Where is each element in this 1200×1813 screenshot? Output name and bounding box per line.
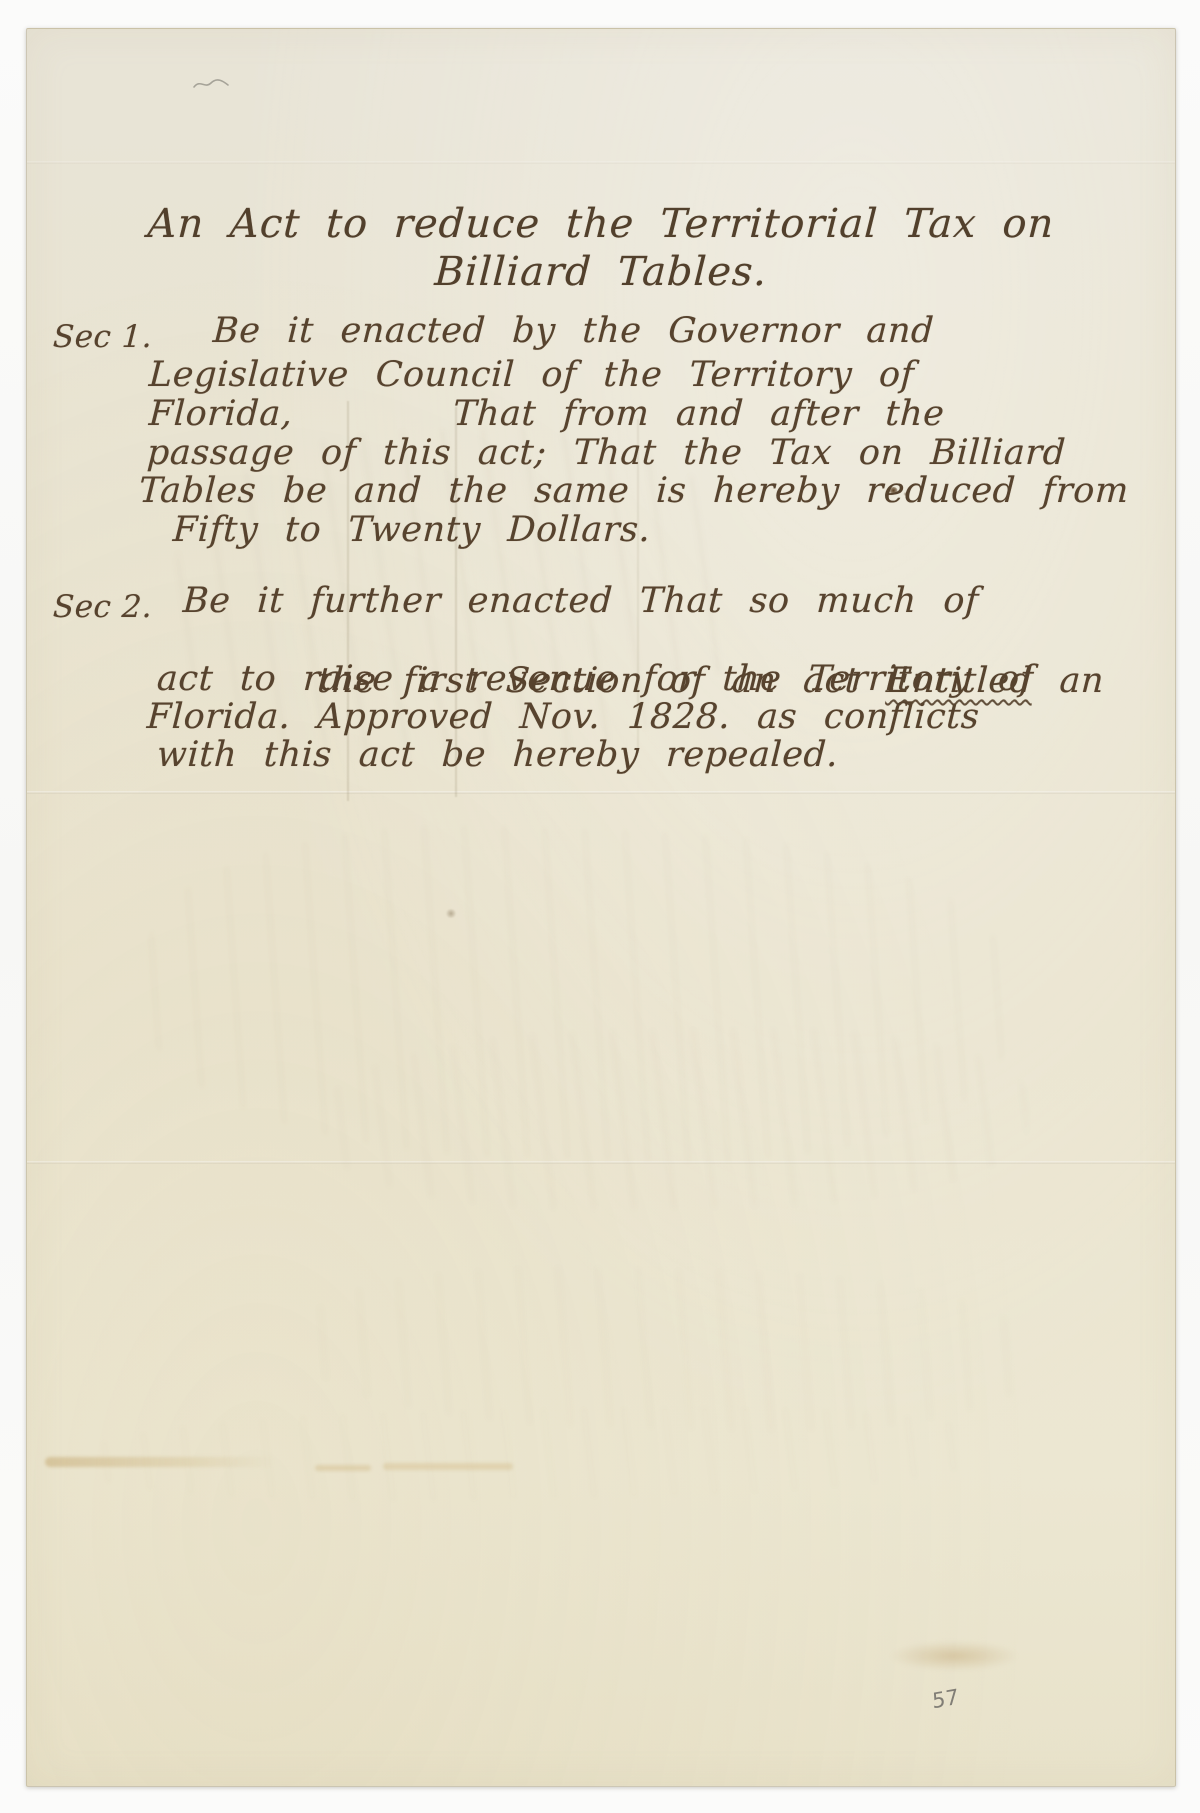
section-1-line-5: Tables be and the same is hereby reduced… xyxy=(138,471,1130,511)
section-1-line-1: Be it enacted by the Governor and xyxy=(212,311,935,351)
section-2-label: Sec 2. xyxy=(52,589,153,625)
fold-crease-middle xyxy=(27,791,1175,794)
bleedthrough-writing-smudge xyxy=(86,1401,987,1507)
section-1-line-4: passage of this act; That the Tax on Bil… xyxy=(146,433,1067,473)
bleedthrough-writing-smudge xyxy=(325,1023,1028,1215)
section-2-line-4: Florida. Approved Nov. 1828. as conflict… xyxy=(146,697,981,737)
act-title-line-1: An Act to reduce the Territorial Tax on xyxy=(130,201,1072,247)
bleedthrough-writing-smudge xyxy=(142,814,1013,1174)
corner-stain xyxy=(889,1641,1019,1671)
manuscript-page: An Act to reduce the Territorial Tax on … xyxy=(26,28,1176,1787)
section-1-line-6: Fifty to Twenty Dollars. xyxy=(172,510,652,550)
bleedthrough-writing-smudge xyxy=(305,1260,1029,1439)
fold-crease-lower xyxy=(27,1161,1175,1164)
section-1-line-3: Florida, That from and after the xyxy=(148,394,946,434)
section-2-line-1: Be it further enacted That so much of xyxy=(182,581,980,621)
small-stain xyxy=(445,909,457,918)
section-2-line-5: with this act be hereby repealed. xyxy=(156,735,839,775)
pencil-page-number: 57 xyxy=(931,1685,959,1714)
section-1-label: Sec 1. xyxy=(52,319,153,355)
section-2-line-2-post: an xyxy=(1032,661,1105,701)
section-2-line-3: act to raise a revenue for the Territory… xyxy=(156,659,1034,699)
fold-crease-top xyxy=(27,161,1175,164)
bottom-stain-dash xyxy=(315,1465,371,1471)
section-1-line-2: Legislative Council of the Territory of xyxy=(148,355,915,395)
act-title-line-2: Billiard Tables. xyxy=(130,249,1072,295)
bottom-stain-dash xyxy=(383,1463,513,1470)
bottom-stain-streak xyxy=(45,1457,275,1467)
photo-backdrop: An Act to reduce the Territorial Tax on … xyxy=(0,0,1200,1813)
pencil-scribble-mark xyxy=(191,75,231,93)
